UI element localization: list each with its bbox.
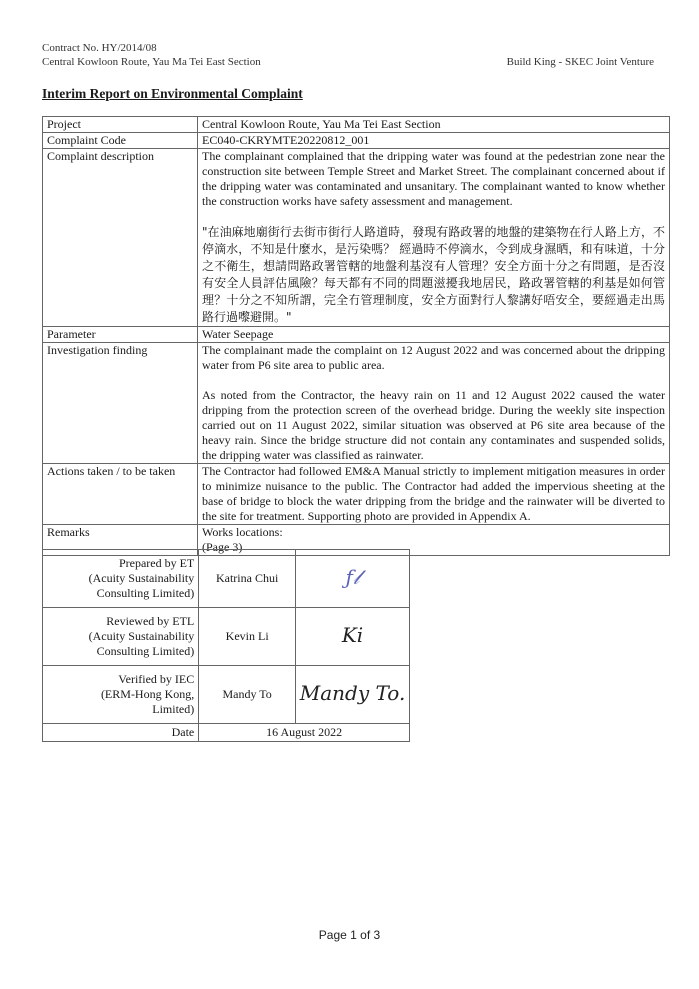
role-title: Verified by IEC [47, 672, 194, 687]
complaint-table: Project Central Kowloon Route, Yau Ma Te… [42, 116, 670, 556]
value-complaint-code: EC040-CKRYMTE20220812_001 [198, 133, 670, 149]
label-actions: Actions taken / to be taken [43, 464, 198, 525]
company-name: Build King - SKEC Joint Venture [507, 55, 654, 69]
signoff-row: Reviewed by ETL (Acuity Sustainability C… [43, 608, 410, 666]
row-finding: Investigation finding The complainant ma… [43, 343, 670, 464]
signature-image: ƒ𝓁 [346, 565, 360, 589]
row-project: Project Central Kowloon Route, Yau Ma Te… [43, 117, 670, 133]
label-project: Project [43, 117, 198, 133]
finding-paragraph-1: The complainant made the complaint on 12… [202, 343, 665, 373]
row-description: Complaint description The complainant co… [43, 149, 670, 327]
date-row: Date 16 August 2022 [43, 724, 410, 742]
signature-image: Ki [342, 623, 363, 647]
role-org: (ERM-Hong Kong, [47, 687, 194, 702]
role-title: Prepared by ET [47, 556, 194, 571]
contract-number: Contract No. HY/2014/08 [42, 41, 261, 55]
description-english: The complainant complained that the drip… [202, 149, 665, 209]
document-header-left: Contract No. HY/2014/08 Central Kowloon … [42, 41, 261, 69]
page-number: Page 1 of 3 [0, 928, 699, 942]
signoff-row: Prepared by ET (Acuity Sustainability Co… [43, 550, 410, 608]
signer-name: Kevin Li [199, 608, 296, 666]
value-actions: The Contractor had followed EM&A Manual … [198, 464, 670, 525]
label-complaint-code: Complaint Code [43, 133, 198, 149]
label-finding: Investigation finding [43, 343, 198, 464]
role-org-cont: Consulting Limited) [47, 644, 194, 659]
role-org: (Acuity Sustainability [47, 571, 194, 586]
date-value: 16 August 2022 [199, 724, 410, 742]
row-complaint-code: Complaint Code EC040-CKRYMTE20220812_001 [43, 133, 670, 149]
signer-name: Katrina Chui [199, 550, 296, 608]
date-label: Date [43, 724, 199, 742]
report-title: Interim Report on Environmental Complain… [42, 86, 303, 102]
row-actions: Actions taken / to be taken The Contract… [43, 464, 670, 525]
finding-paragraph-2: As noted from the Contractor, the heavy … [202, 388, 665, 463]
label-parameter: Parameter [43, 327, 198, 343]
role-org-cont: Consulting Limited) [47, 586, 194, 601]
remarks-line-1: Works locations: [202, 525, 665, 540]
signer-name: Mandy To [199, 666, 296, 724]
role-org-cont: Limited) [47, 702, 194, 717]
signoff-row: Verified by IEC (ERM-Hong Kong, Limited)… [43, 666, 410, 724]
value-project: Central Kowloon Route, Yau Ma Tei East S… [198, 117, 670, 133]
signature-image: Mandy To. [300, 681, 406, 705]
role-org: (Acuity Sustainability [47, 629, 194, 644]
description-chinese: "在油麻地廟街行去街市街行人路道時，發現有路政署的地盤的建築物在行人路上方，不停… [202, 224, 665, 326]
project-line: Central Kowloon Route, Yau Ma Tei East S… [42, 55, 261, 69]
signoff-table: Prepared by ET (Acuity Sustainability Co… [42, 549, 410, 742]
role-title: Reviewed by ETL [47, 614, 194, 629]
value-parameter: Water Seepage [198, 327, 670, 343]
row-parameter: Parameter Water Seepage [43, 327, 670, 343]
label-description: Complaint description [43, 149, 198, 327]
